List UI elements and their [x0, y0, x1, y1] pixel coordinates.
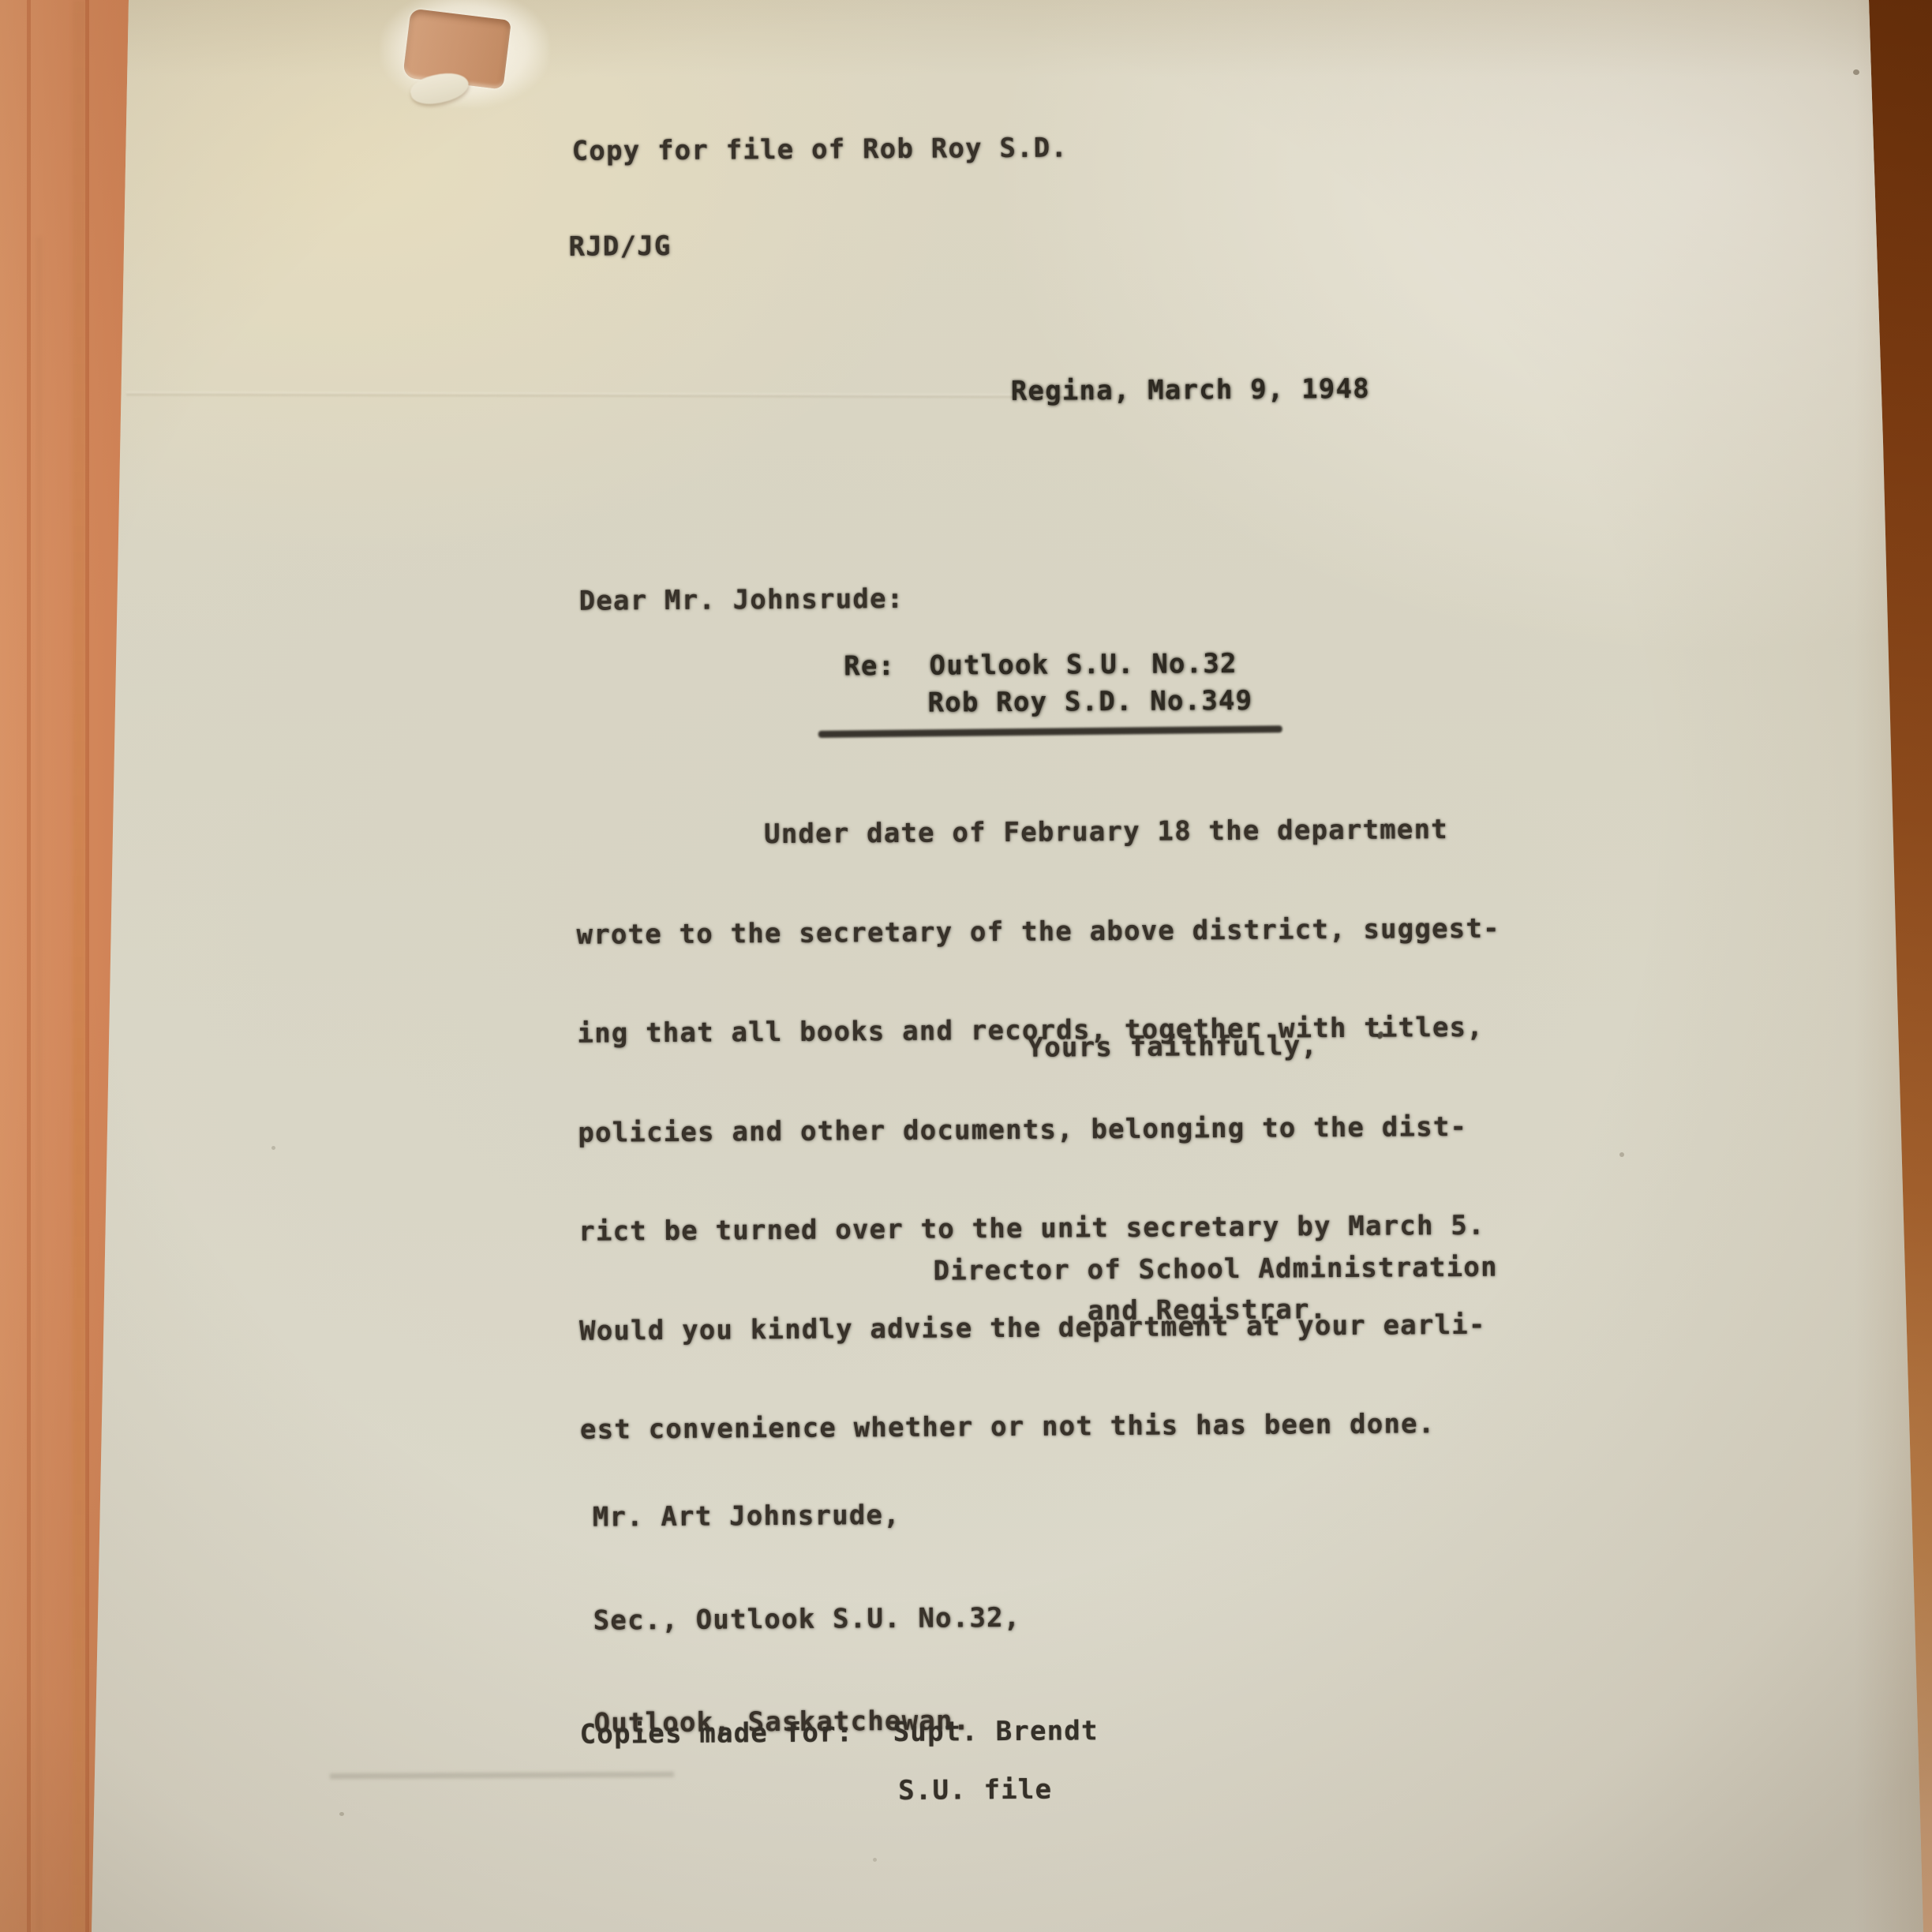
body-line: Under date of February 18 the department [576, 812, 1500, 855]
signature-title-line-2: and Registrar. [1088, 1294, 1327, 1327]
signature-title-line-1: Director of School Administration [933, 1252, 1497, 1287]
body-line: rict be turned over to the unit secretar… [578, 1208, 1502, 1251]
typist-initials: RJD/JG [568, 230, 671, 263]
body-paragraph: Under date of February 18 the department… [575, 749, 1504, 1512]
copies-entry-1: Supt. Brendt [893, 1715, 1099, 1748]
recipient-line: Sec., Outlook S.U. No.32, [593, 1597, 1020, 1640]
subject-underline [818, 725, 1282, 738]
dateline: Regina, March 9, 1948 [1011, 373, 1370, 407]
subject-line-2: Rob Roy S.D. No.349 [927, 685, 1252, 719]
recipient-address: Mr. Art Johnsrude, Sec., Outlook S.U. No… [592, 1432, 1022, 1807]
typed-letter-content: Copy for file of Rob Roy S.D. RJD/JG Reg… [0, 0, 1932, 1932]
salutation: Dear Mr. Johnsrude: [578, 583, 904, 617]
subject-line-1: Re: Outlook S.U. No.32 [844, 648, 1237, 682]
file-note-line: Copy for file of Rob Roy S.D. [572, 132, 1069, 167]
body-line: wrote to the secretary of the above dist… [576, 911, 1500, 953]
recipient-line: Mr. Art Johnsrude, [593, 1495, 1020, 1537]
body-line: Would you kindly advise the department a… [579, 1307, 1503, 1350]
body-line: policies and other documents, belonging … [578, 1109, 1501, 1151]
copies-entry-2: S.U. file [898, 1774, 1052, 1807]
closing: Yours faithfully, [1027, 1030, 1318, 1064]
copies-label: Copies made for: [580, 1717, 854, 1750]
